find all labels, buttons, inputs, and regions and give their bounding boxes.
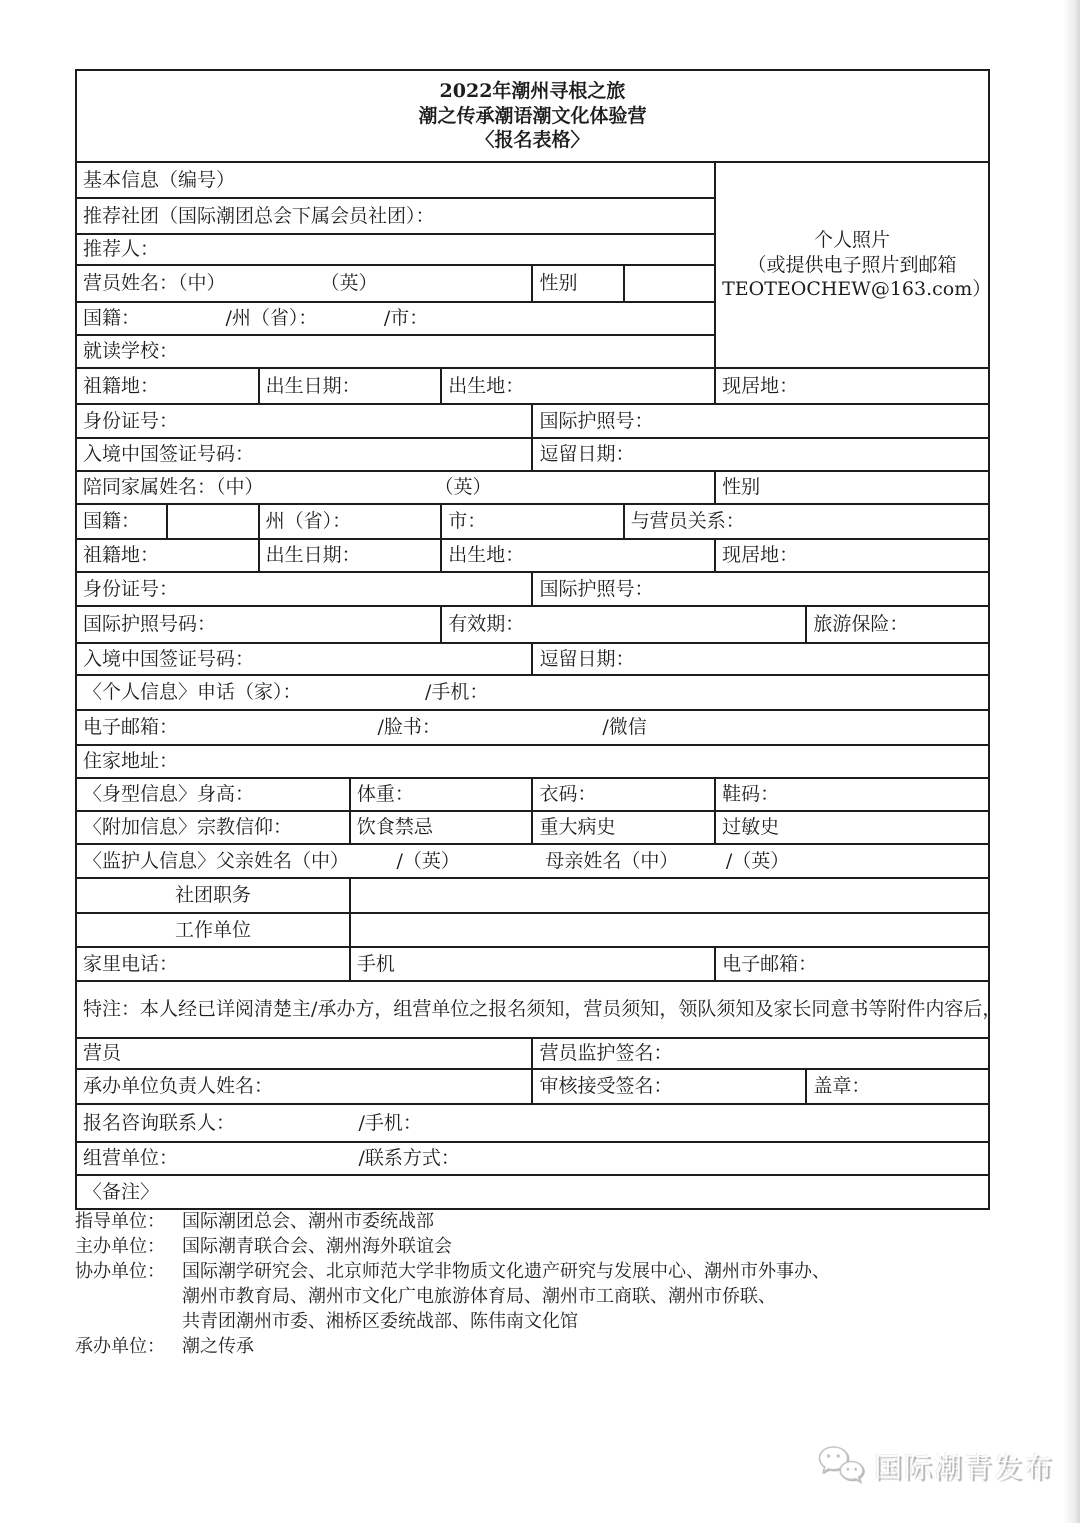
cell-nationality-state-city: 国籍： /州（省）： /市： (76, 302, 715, 335)
text-line: 潮之传承潮语潮文化体验营 (83, 104, 982, 129)
cell-family-current-residence: 现居地： (715, 539, 989, 572)
credits-footer: 指导单位：国际潮团总会、潮州市委统战部主办单位：国际潮青联合会、潮州海外联谊会协… (75, 1209, 1015, 1359)
cell-home-phone: 家里电话： (76, 947, 350, 981)
cell-guardian-email: 电子邮箱： (715, 947, 989, 981)
cell-family-member-name: 陪同家属姓名：（中） （英） (76, 471, 715, 504)
form-title: 2022年潮州寻根之旅潮之传承潮语潮文化体验营〈报名表格〉 (76, 70, 989, 162)
cell-passport-number: 国际护照号： (532, 404, 989, 438)
cell-medical-history: 重大病史 (532, 811, 715, 844)
cell-guardian-names: 〈监护人信息〉父亲姓名（中） /（英） 母亲姓名（中） /（英） (76, 844, 989, 878)
cell-gender-value (624, 265, 715, 302)
form-table-body: 2022年潮州寻根之旅潮之传承潮语潮文化体验营〈报名表格〉基本信息（编号）个人照… (76, 70, 989, 1209)
page-right-edge-shadow (1063, 0, 1080, 1523)
credit-line: 主办单位：国际潮青联合会、潮州海外联谊会 (75, 1234, 1015, 1259)
cell-seal: 盖章： (806, 1069, 989, 1104)
cell-school: 就读学校： (76, 335, 715, 368)
cell-china-visa-number: 入境中国签证号码： (76, 438, 532, 471)
text-line: 2022年潮州寻根之旅 (83, 79, 982, 104)
cell-family-passport: 国际护照号： (532, 572, 989, 606)
credit-line-text: 潮州市教育局、潮州市文化广电旅游体育局、潮州市工商联、潮州市侨联、 (182, 1286, 776, 1307)
cell-relationship-to-camper: 与营员关系： (624, 504, 989, 539)
cell-organizing-unit: 组营单位： /联系方式： (76, 1142, 989, 1175)
cell-home-address: 住家地址： (76, 745, 989, 778)
credit-line: 指导单位：国际潮团总会、潮州市委统战部 (75, 1209, 1015, 1234)
credit-line: 共青团潮州市委、湘桥区委统战部、陈伟南文化馆 (75, 1309, 1015, 1334)
credit-line: 协办单位：国际潮学研究会、北京师范大学非物质文化遗产研究与发展中心、潮州市外事办… (75, 1259, 1015, 1284)
cell-ancestral-home: 祖籍地： (76, 368, 259, 404)
cell-family-ancestral-home: 祖籍地： (76, 539, 259, 572)
cell-family-id-number: 身份证号： (76, 572, 532, 606)
cell-camper-signature: 营员 (76, 1038, 532, 1069)
cell-remarks: 〈备注〉 (76, 1175, 989, 1209)
cell-current-residence: 现居地： (715, 368, 989, 404)
cell-stay-date: 逗留日期： (532, 438, 989, 471)
cell-special-note: 特注：本人经已详阅清楚主/承办方，组营单位之报名须知，营员须知，领队须知及家长同… (76, 981, 989, 1038)
cell-email-facebook-wechat: 电子邮箱： /脸书： /微信 (76, 710, 989, 745)
cell-travel-insurance: 旅游保险： (806, 606, 989, 643)
cell-family-birth-date: 出生日期： (259, 539, 442, 572)
cell-height: 〈身型信息〉身高： (76, 778, 350, 811)
credit-line-text: 共青团潮州市委、湘桥区委统战部、陈伟南文化馆 (182, 1311, 578, 1332)
cell-birth-date: 出生日期： (259, 368, 442, 404)
cell-passport-no: 国际护照号码： (76, 606, 441, 643)
credit-line-label: 协办单位： (75, 1259, 182, 1284)
cell-mobile: 手机 (350, 947, 715, 981)
cell-employer-value (350, 913, 989, 947)
text-line: TEOTEOCHEW@163.com） (722, 277, 982, 302)
cell-association-position-value (350, 878, 989, 913)
photo-box: 个人照片（或提供电子照片到邮箱TEOTEOCHEW@163.com） (715, 162, 989, 368)
cell-guardian-signature: 营员监护签名： (532, 1038, 989, 1069)
cell-recommender: 推荐人： (76, 234, 715, 265)
cell-family-gender: 性别 (715, 471, 989, 504)
credit-line: 承办单位：潮之传承 (75, 1334, 1015, 1359)
credit-line-text: 国际潮学研究会、北京师范大学非物质文化遗产研究与发展中心、潮州市外事办、 (182, 1261, 830, 1282)
credit-line-label: 主办单位： (75, 1234, 182, 1259)
cell-family-nationality: 国籍： (76, 504, 167, 539)
cell-gender-label: 性别 (532, 265, 623, 302)
credit-line-text: 国际潮团总会、潮州市委统战部 (182, 1211, 434, 1232)
cell-family-birth-place: 出生地： (441, 539, 715, 572)
watermark: 国际潮青发布 (818, 1445, 1054, 1487)
cell-family-china-visa: 入境中国签证号码： (76, 643, 532, 675)
cell-weight: 体重： (350, 778, 533, 811)
cell-passport-validity: 有效期： (441, 606, 806, 643)
cell-clothing-size: 衣码： (532, 778, 715, 811)
form-page: 2022年潮州寻根之旅潮之传承潮语潮文化体验营〈报名表格〉基本信息（编号）个人照… (0, 0, 1080, 1523)
cell-allergy-history: 过敏史 (715, 811, 989, 844)
credit-line-text: 国际潮青联合会、潮州海外联谊会 (182, 1236, 452, 1257)
form-table: 2022年潮州寻根之旅潮之传承潮语潮文化体验营〈报名表格〉基本信息（编号）个人照… (75, 69, 990, 1210)
cell-family-city: 市： (441, 504, 624, 539)
cell-review-acceptance-signature: 审核接受签名： (532, 1069, 806, 1104)
text-line: （或提供电子照片到邮箱 (722, 253, 982, 278)
cell-religion: 〈附加信息〉宗教信仰： (76, 811, 350, 844)
cell-family-nationality-value (167, 504, 258, 539)
cell-family-stay-date: 逗留日期： (532, 643, 989, 675)
cell-birth-place: 出生地： (441, 368, 715, 404)
credit-line-text: 潮之传承 (182, 1336, 254, 1357)
cell-basic-info-number: 基本信息（编号） (76, 162, 715, 198)
cell-organizer-responsible-person: 承办单位负责人姓名： (76, 1069, 532, 1104)
credit-line: 潮州市教育局、潮州市文化广电旅游体育局、潮州市工商联、潮州市侨联、 (75, 1284, 1015, 1309)
cell-dietary-restrictions: 饮食禁忌 (350, 811, 533, 844)
credit-line-label: 指导单位： (75, 1209, 182, 1234)
watermark-label: 国际潮青发布 (874, 1446, 1054, 1486)
cell-registration-contact: 报名咨询联系人： /手机： (76, 1104, 989, 1142)
cell-recommending-association: 推荐社团（国际潮团总会下属会员社团）： (76, 198, 715, 234)
credit-line-label: 承办单位： (75, 1334, 182, 1359)
cell-camper-name: 营员姓名：（中） （英） (76, 265, 532, 302)
cell-family-state: 州（省）： (259, 504, 442, 539)
cell-employer-label: 工作单位 (76, 913, 350, 947)
cell-association-position-label: 社团职务 (76, 878, 350, 913)
cell-shoe-size: 鞋码： (715, 778, 989, 811)
text-line: 个人照片 (722, 228, 982, 253)
cell-id-number: 身份证号： (76, 404, 532, 438)
text-line: 〈报名表格〉 (83, 128, 982, 153)
wechat-icon (818, 1445, 864, 1487)
cell-personal-phone: 〈个人信息〉申话（家）： /手机： (76, 675, 989, 710)
